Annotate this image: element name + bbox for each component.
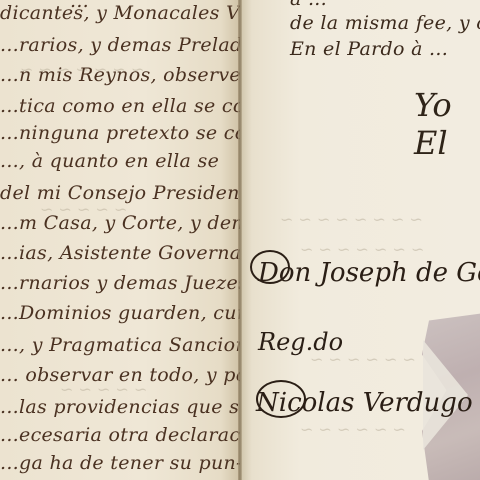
manuscript-spread: ~ ~ ~ ~ ~ ~ ~ ~ ~ ~ ~ ~ ~ ~ ~ ~ ~ ... di… <box>0 0 480 480</box>
manuscript-line: ...tica como en ella se contiene, <box>0 95 240 117</box>
manuscript-line: ...ecesaria otra declaracion <box>0 424 240 446</box>
manuscript-line: de la misma fee, y ca... <box>290 12 480 34</box>
manuscript-line: ...Dominios guarden, cumplan, <box>0 302 240 324</box>
manuscript-line: ..., y Pragmatica Sancion, <box>0 334 240 356</box>
left-page: ~ ~ ~ ~ ~ ~ ~ ~ ~ ~ ~ ~ ~ ~ ~ ~ ~ ... di… <box>0 0 240 480</box>
manuscript-line: ..., à quanto en ella se <box>0 150 219 172</box>
manuscript-line: En el Pardo à ... <box>290 38 448 60</box>
manuscript-line: ...n mis Reynos, observen la <box>0 64 240 86</box>
manuscript-line: ...rarios, y demas Prelados, y <box>0 34 240 56</box>
bleed-through-text: ~ ~ ~ ~ ~ ~ <box>300 420 406 439</box>
manuscript-line: ...las providencias que se <box>0 396 240 418</box>
manuscript-line: ...m Casa, y Corte, y demas <box>0 212 240 234</box>
manuscript-line: dicantes, y Monacales Vi- <box>0 2 240 24</box>
signature-registered: Reg.do <box>258 328 343 356</box>
manuscript-line: ... observar en todo, y por <box>0 364 240 386</box>
bleed-through-text: ~ ~ ~ ~ ~ ~ ~ ~ <box>280 210 423 229</box>
bleed-through-text: ~ ~ ~ ~ ~ ~ ~ <box>300 240 424 259</box>
manuscript-line: ...rnarios y demas Juezes, y <box>0 272 240 294</box>
manuscript-line: ...ga ha de tener su pun- <box>0 452 240 474</box>
manuscript-line: del mi Consejo Presidente <box>0 182 240 204</box>
manuscript-line: a ... <box>290 0 327 10</box>
yo-el-heading: Yo El <box>414 86 480 162</box>
signature-goyeneche: Don Joseph de Goyeneche <box>258 258 480 288</box>
signature-verdugo: Nicolas Verdugo <box>256 388 473 418</box>
page-gutter <box>238 0 242 480</box>
manuscript-line: ...ninguna pretexto se contraben- <box>0 122 240 144</box>
manuscript-line: ...ias, Asistente Governadores <box>0 242 240 264</box>
